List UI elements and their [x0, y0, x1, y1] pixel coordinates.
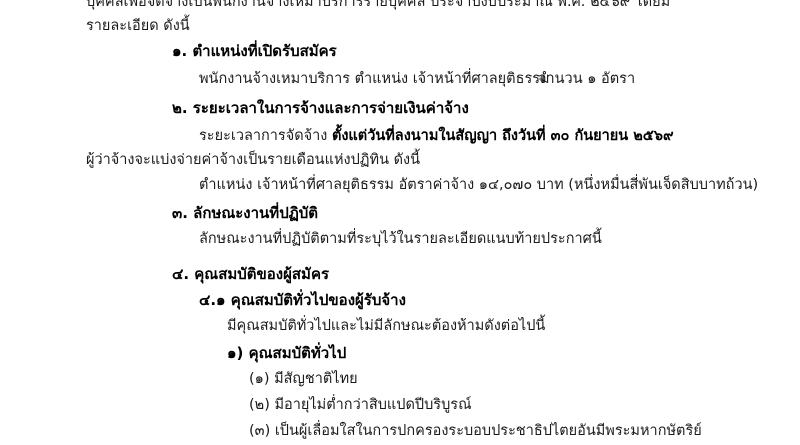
section-1-heading: ๑. ตำแหน่งที่เปิดรับสมัคร	[172, 40, 337, 62]
intro-line-1: บุคคลเพื่อจัดจ้างเป็นพนักงานจ้างเหมาบริก…	[86, 0, 670, 13]
section-2-heading: ๒. ระยะเวลาในการจ้างและการจ่ายเงินค่าจ้า…	[172, 97, 469, 119]
section-4-1-intro: มีคุณสมบัติทั่วไปและไม่มีลักษณะต้องห้ามด…	[227, 315, 545, 337]
section-2-rate: ตำแหน่ง เจ้าหน้าที่ศาลยุติธรรม อัตราค่าจ…	[199, 174, 758, 196]
document-page: บุคคลเพื่อจัดจ้างเป็นพนักงานจ้างเหมาบริก…	[0, 0, 800, 445]
section-1-quantity: จำนวน ๑ อัตรา	[538, 68, 635, 90]
period-value: ตั้งแต่วันที่ลงนามในสัญญา ถึงวันที่ ๓๐ ก…	[332, 128, 674, 144]
qualification-item: (๓) เป็นผู้เลื่อมใสในการปกครองระบอบประชา…	[249, 420, 702, 442]
qualification-item: (๑) มีสัญชาติไทย	[249, 368, 358, 390]
section-4-heading: ๔. คุณสมบัติของผู้สมัคร	[172, 263, 329, 285]
section-3-text: ลักษณะงานที่ปฏิบัติตามที่ระบุไว้ในรายละเ…	[199, 228, 602, 250]
qualification-item: (๒) มีอายุไม่ต่ำกว่าสิบแปดปีบริบูรณ์	[249, 394, 472, 416]
section-3-heading: ๓. ลักษณะงานที่ปฏิบัติ	[172, 202, 318, 224]
section-4-1-heading: ๔.๑ คุณสมบัติทั่วไปของผู้รับจ้าง	[199, 289, 406, 311]
period-label: ระยะเวลาการจัดจ้าง	[199, 128, 327, 144]
section-2-period: ระยะเวลาการจัดจ้าง ตั้งแต่วันที่ลงนามในส…	[199, 125, 674, 147]
intro-line-2: รายละเอียด ดังนี้	[86, 15, 190, 37]
general-qualifications-heading: ๑) คุณสมบัติทั่วไป	[227, 342, 346, 364]
section-1-position: พนักงานจ้างเหมาบริการ ตำแหน่ง เจ้าหน้าที…	[199, 68, 550, 90]
section-2-payment: ผู้ว่าจ้างจะแบ่งจ่ายค่าจ้างเป็นรายเดือนแ…	[86, 149, 420, 171]
